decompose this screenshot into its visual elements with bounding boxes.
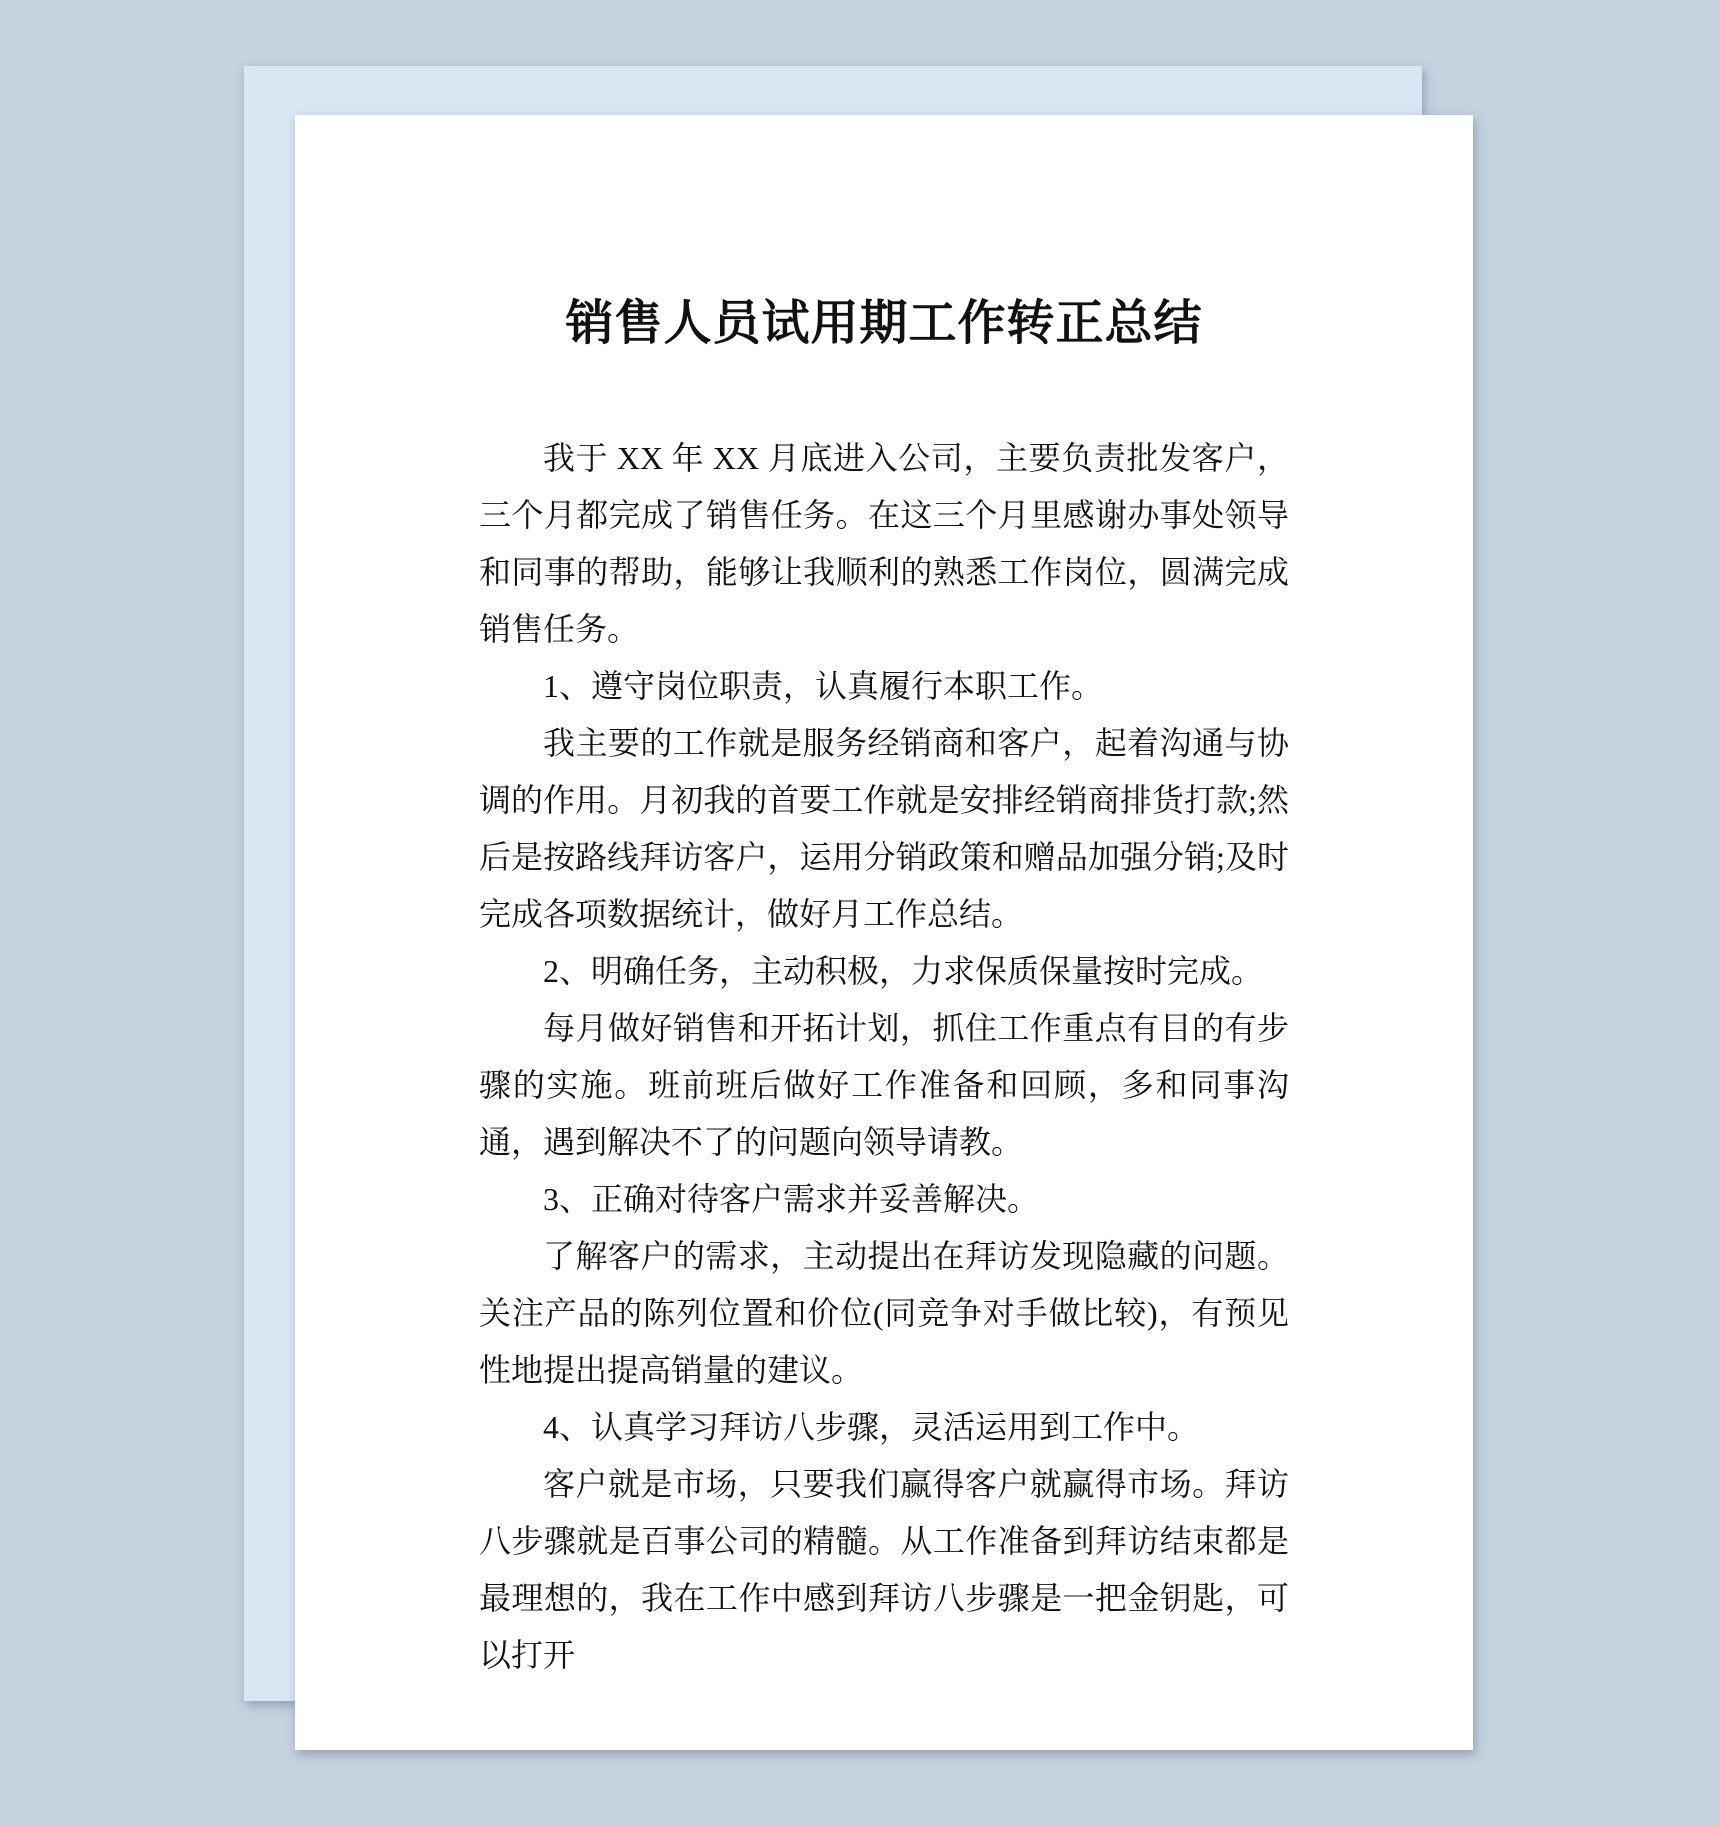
paragraph: 客户就是市场，只要我们赢得客户就赢得市场。拜访八步骤就是百事公司的精髓。从工作准… [479, 1456, 1289, 1684]
desktop-background: { "document": { "title": "销售人员试用期工作转正总结"… [0, 0, 1720, 1826]
section-heading: 2、明确任务，主动积极，力求保质保量按时完成。 [479, 943, 1289, 1000]
section-heading: 4、认真学习拜访八步骤，灵活运用到工作中。 [479, 1399, 1289, 1456]
section-heading: 1、遵守岗位职责，认真履行本职工作。 [479, 658, 1289, 715]
paragraph: 我于 XX 年 XX 月底进入公司，主要负责批发客户，三个月都完成了销售任务。在… [479, 430, 1289, 658]
document-title: 销售人员试用期工作转正总结 [479, 300, 1289, 348]
document-page: 销售人员试用期工作转正总结 我于 XX 年 XX 月底进入公司，主要负责批发客户… [295, 115, 1473, 1750]
document-body: 我于 XX 年 XX 月底进入公司，主要负责批发客户，三个月都完成了销售任务。在… [479, 430, 1289, 1684]
paragraph: 我主要的工作就是服务经销商和客户，起着沟通与协调的作用。月初我的首要工作就是安排… [479, 715, 1289, 943]
section-heading: 3、正确对待客户需求并妥善解决。 [479, 1171, 1289, 1228]
paragraph: 每月做好销售和开拓计划，抓住工作重点有目的有步骤的实施。班前班后做好工作准备和回… [479, 1000, 1289, 1171]
paragraph: 了解客户的需求，主动提出在拜访发现隐藏的问题。关注产品的陈列位置和价位(同竞争对… [479, 1228, 1289, 1399]
